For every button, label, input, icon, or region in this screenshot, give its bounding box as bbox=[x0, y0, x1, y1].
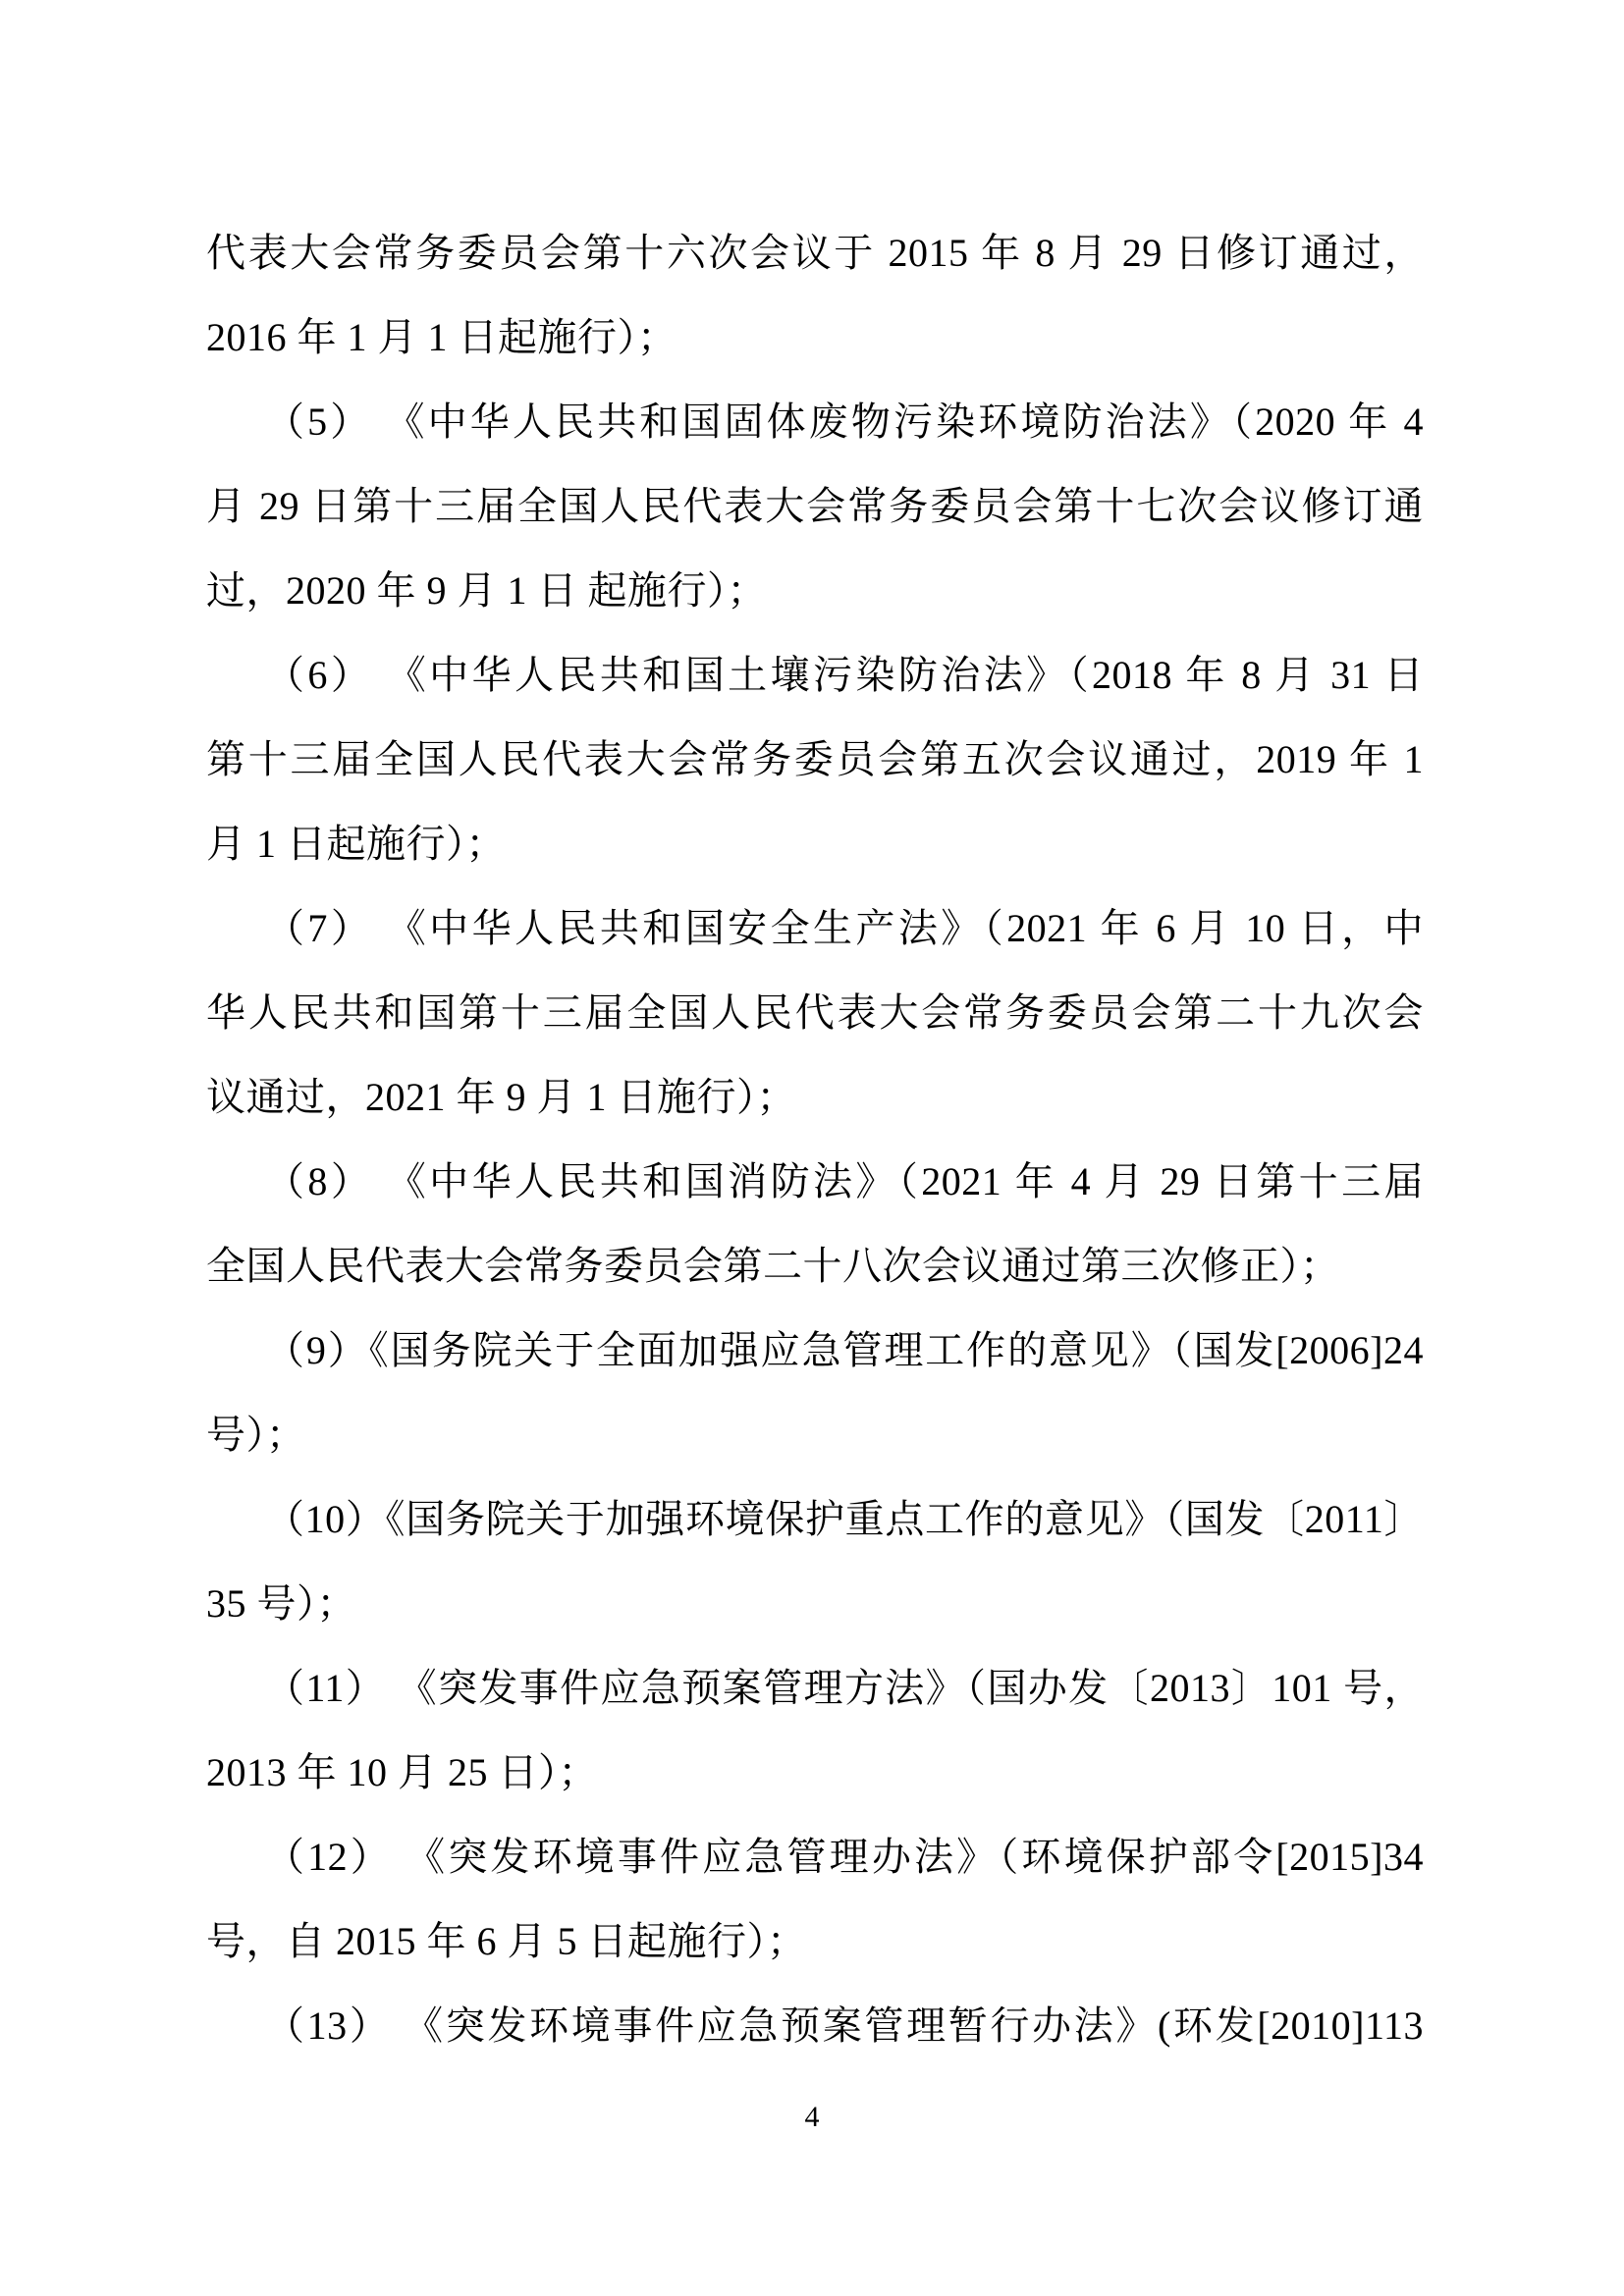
document-page: 代表大会常务委员会第十六次会议于 2015 年 8 月 29 日修订通过，201… bbox=[0, 0, 1624, 2296]
paragraph-7-line-0: （11） 《突发事件应急预案管理方法》（国办发〔2013〕101 号， bbox=[206, 1646, 1424, 1731]
paragraph-3-line-2: 议通过，2021 年 9 月 1 日施行）； bbox=[206, 1055, 1424, 1140]
paragraph-3-line-1: 华人民共和国第十三届全国人民代表大会常务委员会第二十九次会 bbox=[206, 971, 1424, 1055]
paragraph-1-line-1: 月 29 日第十三届全国人民代表大会常务委员会第十七次会议修订通 bbox=[206, 464, 1424, 549]
paragraph-5-line-1: 号）； bbox=[206, 1393, 1424, 1477]
paragraph-2-line-2: 月 1 日起施行）； bbox=[206, 802, 1424, 886]
paragraph-2-line-1: 第十三届全国人民代表大会常务委员会第五次会议通过，2019 年 1 bbox=[206, 718, 1424, 802]
paragraph-0-line-0: 代表大会常务委员会第十六次会议于 2015 年 8 月 29 日修订通过， bbox=[206, 211, 1424, 295]
paragraph-1-line-0: （5） 《中华人民共和国固体废物污染环境防治法》（2020 年 4 bbox=[206, 380, 1424, 464]
paragraph-8-line-1: 号，自 2015 年 6 月 5 日起施行）； bbox=[206, 1899, 1424, 1984]
paragraph-4-line-0: （8） 《中华人民共和国消防法》（2021 年 4 月 29 日第十三届 bbox=[206, 1140, 1424, 1224]
paragraph-2-line-0: （6） 《中华人民共和国土壤污染防治法》（2018 年 8 月 31 日 bbox=[206, 633, 1424, 718]
paragraph-3-line-0: （7） 《中华人民共和国安全生产法》（2021 年 6 月 10 日，中 bbox=[206, 886, 1424, 971]
paragraph-4-line-1: 全国人民代表大会常务委员会第二十八次会议通过第三次修正）； bbox=[206, 1224, 1424, 1308]
paragraph-6-line-0: （10）《国务院关于加强环境保护重点工作的意见》（国发〔2011〕 bbox=[206, 1477, 1424, 1562]
paragraph-5-line-0: （9）《国务院关于全面加强应急管理工作的意见》（国发[2006]24 bbox=[206, 1308, 1424, 1393]
paragraph-8-line-0: （12） 《突发环境事件应急管理办法》（环境保护部令[2015]34 bbox=[206, 1815, 1424, 1899]
paragraph-0-line-1: 2016 年 1 月 1 日起施行）； bbox=[206, 295, 1424, 380]
paragraph-9-line-0: （13） 《突发环境事件应急预案管理暂行办法》(环发[2010]113 bbox=[206, 1984, 1424, 2068]
page-number: 4 bbox=[0, 2097, 1624, 2138]
paragraph-1-line-2: 过，2020 年 9 月 1 日 起施行）； bbox=[206, 549, 1424, 633]
paragraph-7-line-1: 2013 年 10 月 25 日）； bbox=[206, 1731, 1424, 1815]
paragraph-6-line-1: 35 号）； bbox=[206, 1562, 1424, 1646]
document-body: 代表大会常务委员会第十六次会议于 2015 年 8 月 29 日修订通过，201… bbox=[206, 211, 1424, 2068]
